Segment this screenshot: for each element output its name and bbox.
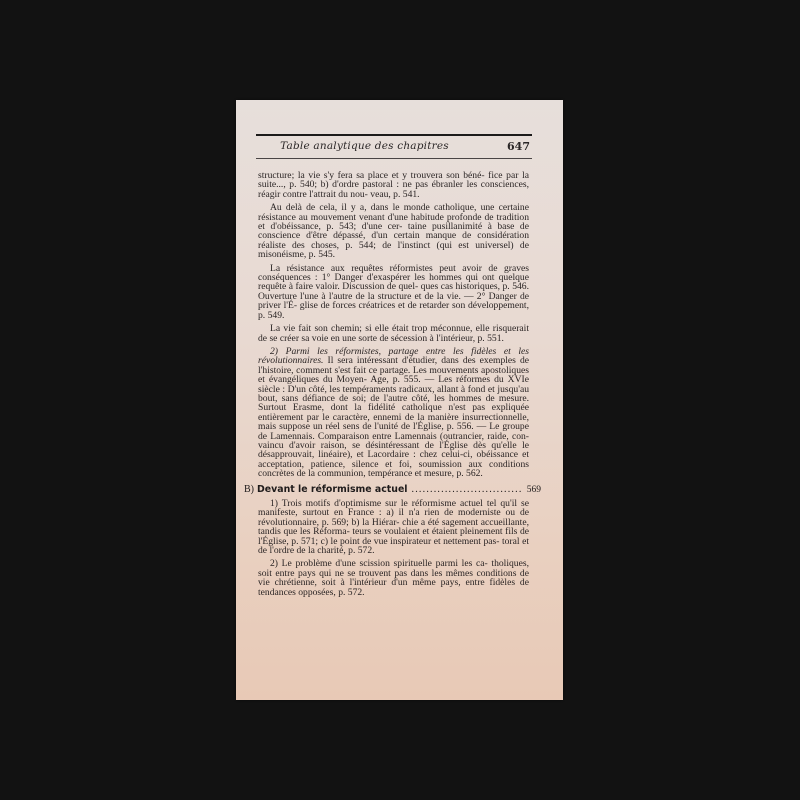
paragraph: La résistance aux requêtes réformistes p… [258,264,529,320]
leader-dots: ........................................… [412,485,523,494]
book-page: Table analytique des chapitres 647 struc… [236,100,563,700]
section-page-ref: 569 [527,486,541,495]
running-header-title: Table analytique des chapitres [236,140,493,152]
page-number: 647 [507,140,530,153]
header-rule-top [256,134,532,136]
paragraph: structure; la vie s'y fera sa place et y… [258,171,529,199]
paragraph: La vie fait son chemin; si elle était tr… [258,324,529,343]
header-rule-bottom [256,158,532,159]
paragraph: 2) Parmi les réformistes, partage entre … [258,347,529,479]
page-body: structure; la vie s'y fera sa place et y… [258,171,529,601]
paragraph-text: Il sera intéressant d'étudier, dans des … [258,355,529,479]
section-title: Devant le réformisme actuel [257,485,408,494]
paragraph: 1) Trois motifs d'optimisme sur le réfor… [258,499,529,555]
section-heading: B) Devant le réformisme actuel .........… [244,485,541,495]
paragraph: 2) Le problème d'une scission spirituell… [258,559,529,597]
paragraph: Au delà de cela, il y a, dans le monde c… [258,203,529,259]
section-letter: B) [244,485,254,494]
